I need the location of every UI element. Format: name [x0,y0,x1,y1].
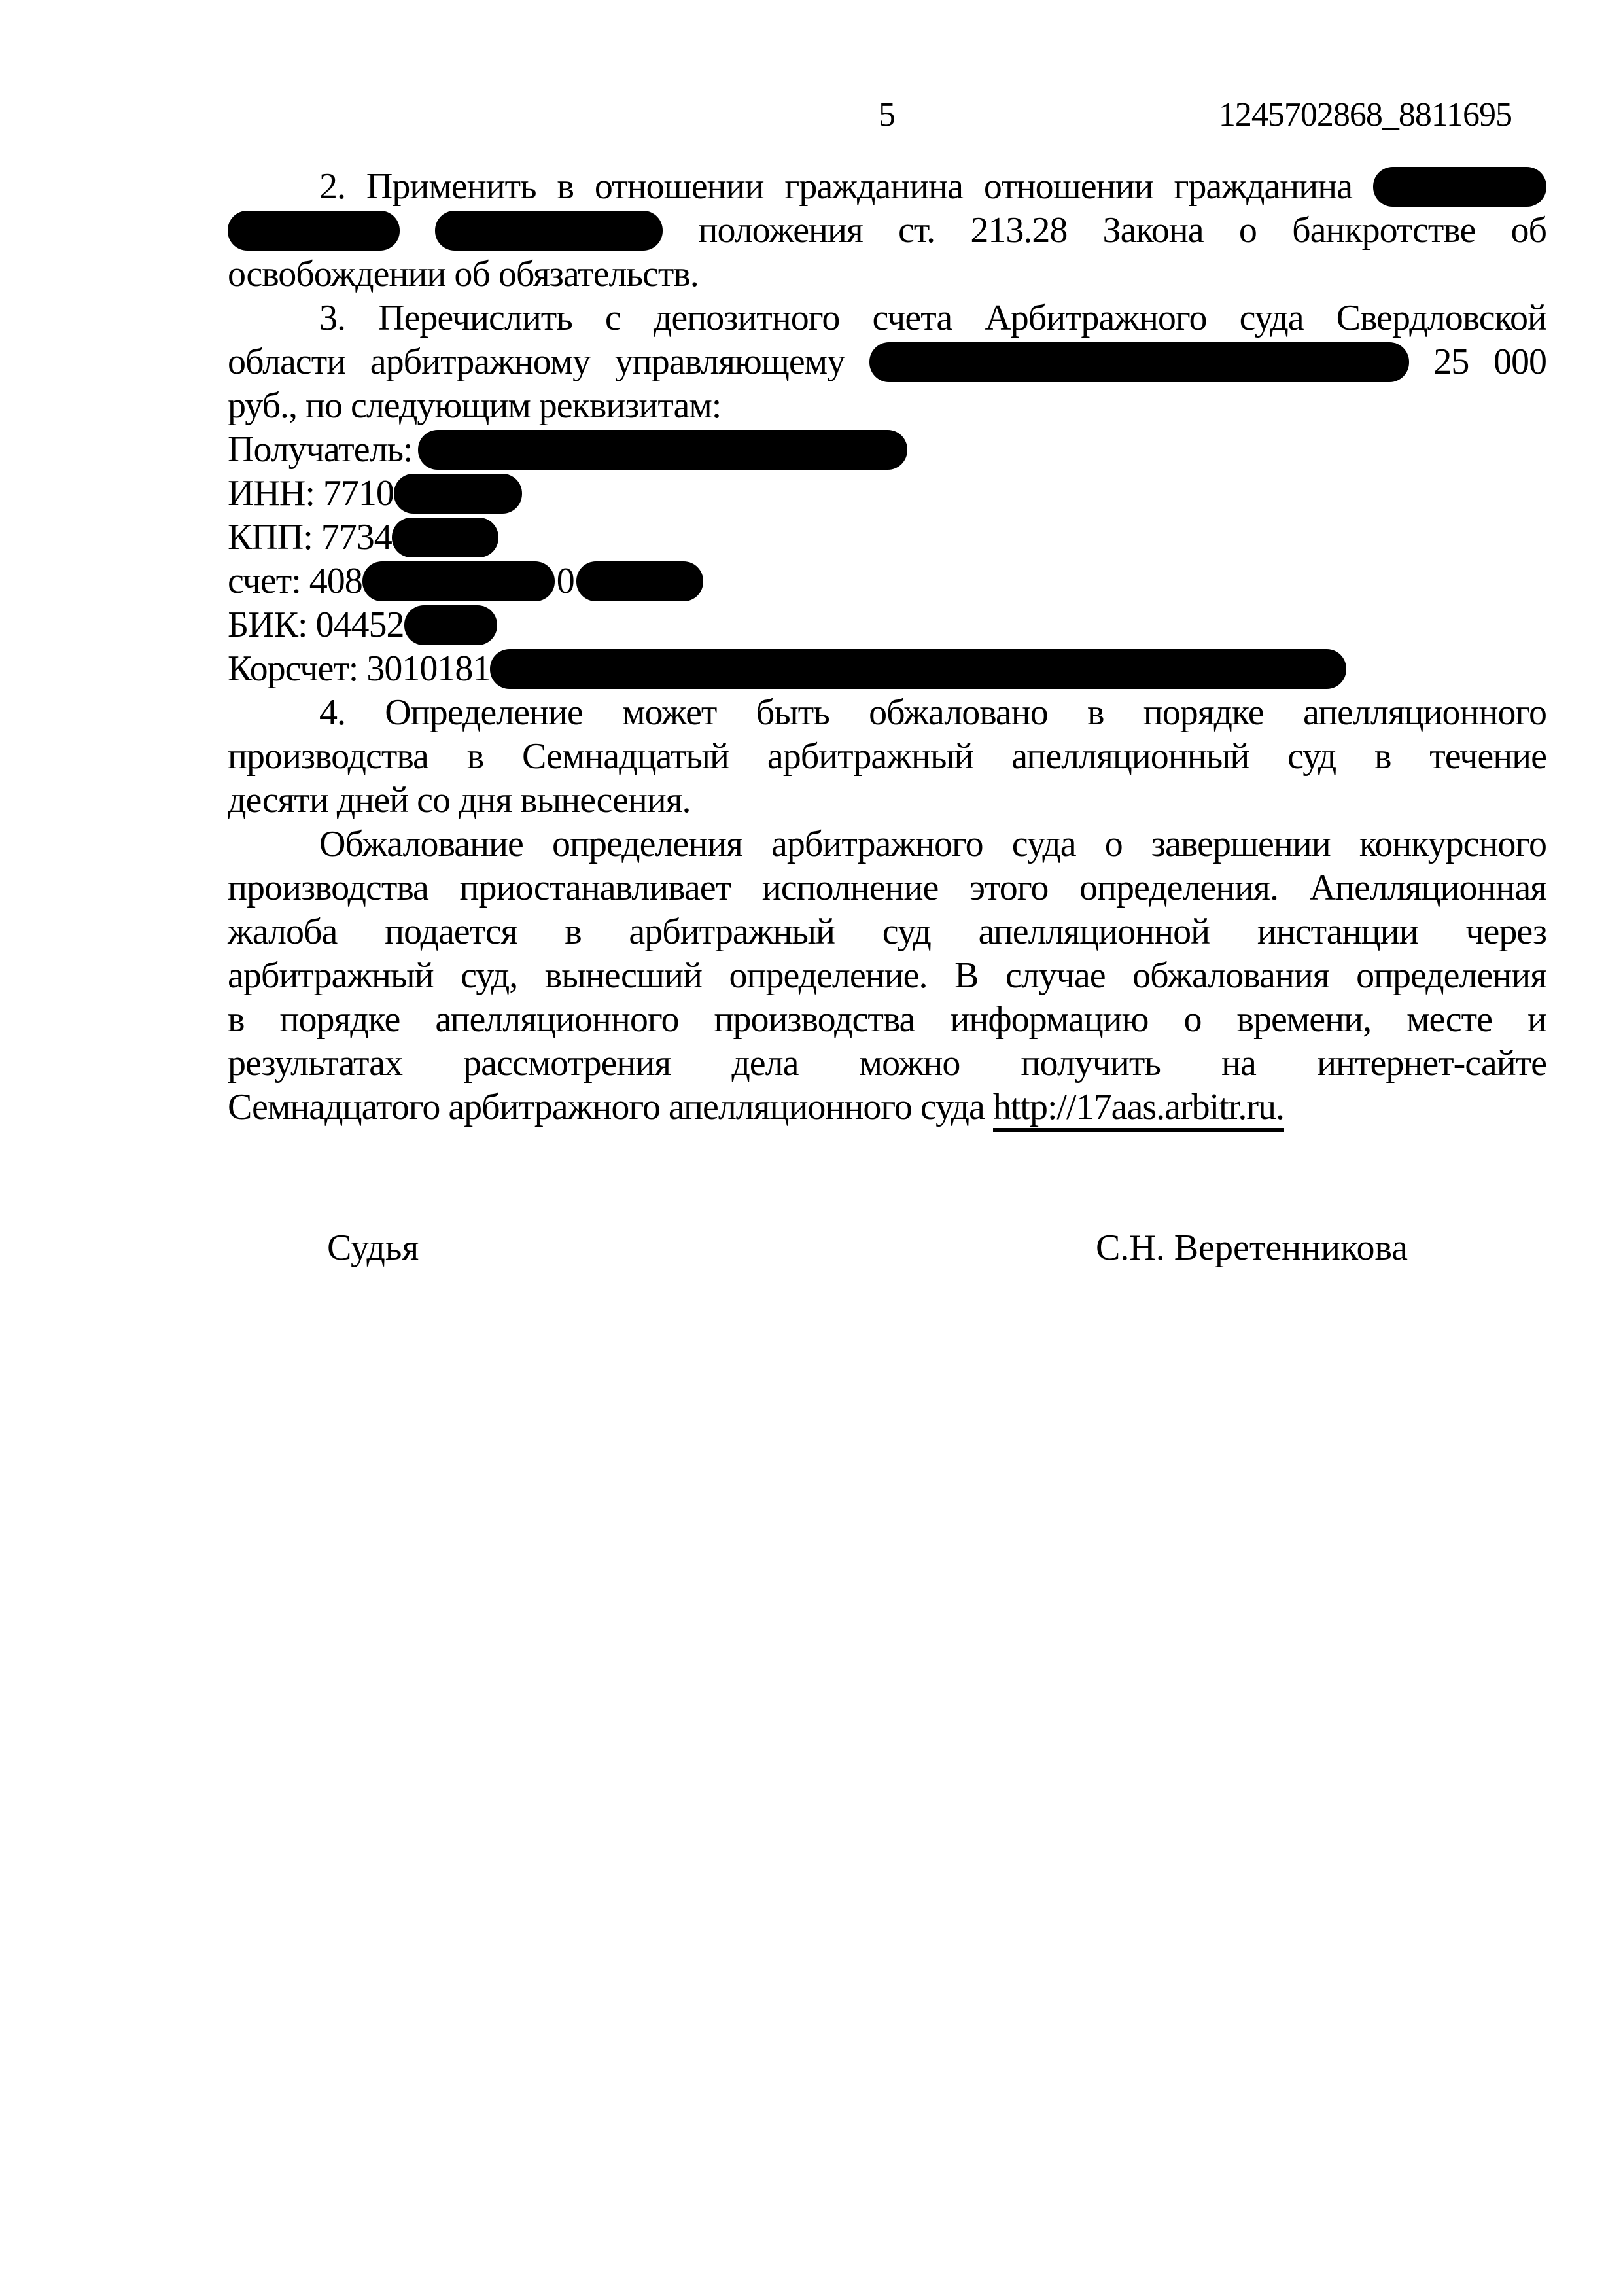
inn-value: ИНН: 7710 [228,473,394,514]
recipient-label: Получатель: [228,429,413,470]
paragraph-5-text: арбитражный суд, вынесший определение. В… [228,955,1546,996]
amount-text: 25 000 [1433,342,1546,382]
page-header: 5 1245702868_8811695 [228,93,1546,137]
paragraph-5-line-3: жалоба подается в арбитражный суд апелля… [228,910,1546,954]
paragraph-3-text: области арбитражному управляющему [228,342,845,382]
paragraph-2-line-2: положения ст. 213.28 Закона о банкротств… [228,209,1546,253]
paragraph-2-text: освобождении об обязательств. [228,254,699,294]
paragraph-3-line-1: 3. Перечислить с депозитного счета Арбит… [228,296,1546,340]
redaction-bar [869,342,1409,382]
paragraph-5-text: результатах рассмотрения дела можно полу… [228,1043,1546,1084]
bik-value: БИК: 04452 [228,605,404,645]
redaction-bar [404,605,497,645]
kpp-value: КПП: 7734 [228,517,392,557]
paragraph-2-text: 2. Применить в отношении гражданина отно… [319,166,1352,207]
redaction-bar [362,561,555,601]
paragraph-5-line-6: результатах рассмотрения дела можно полу… [228,1042,1546,1086]
document-body: 2. Применить в отношении гражданина отно… [228,165,1546,1129]
judge-role-label: Судья [327,1226,419,1270]
text-column: 5 1245702868_8811695 2. Применить в отно… [228,93,1546,1270]
redaction-bar [392,518,498,557]
paragraph-3-line-2: области арбитражному управляющему 25 000 [228,340,1546,384]
paragraph-5-text: Обжалование определения арбитражного суд… [319,824,1546,864]
paragraph-4-line-1: 4. Определение может быть обжаловано в п… [228,691,1546,735]
requisite-bik: БИК: 04452 [228,603,1546,647]
paragraph-4-text: производства в Семнадцатый арбитражный а… [228,736,1546,777]
signature-row: Судья С.Н. Веретенникова [228,1226,1546,1270]
paragraph-4-line-3: десяти дней со дня вынесения. [228,779,1546,822]
requisite-recipient: Получатель: [228,428,1546,472]
paragraph-5-line-1: Обжалование определения арбитражного суд… [228,822,1546,866]
paragraph-3-text: руб., по следующим реквизитам: [228,385,721,426]
requisite-corr-account: Корсчет: 3010181 [228,647,1546,691]
paragraph-4-line-2: производства в Семнадцатый арбитражный а… [228,735,1546,779]
requisite-account: счет: 4080 [228,559,1546,603]
redaction-bar [394,474,522,514]
redaction-bar [228,211,400,251]
paragraph-2-line-3: освобождении об обязательств. [228,253,1546,296]
paragraph-5-line-7: Семнадцатого арбитражного апелляционного… [228,1086,1546,1129]
paragraph-5-line-5: в порядке апелляционного производства ин… [228,998,1546,1042]
paragraph-3-line-3: руб., по следующим реквизитам: [228,384,1546,428]
paragraph-5-line-4: арбитражный суд, вынесший определение. В… [228,954,1546,998]
paragraph-4-text: 4. Определение может быть обжаловано в п… [319,692,1546,733]
document-id: 1245702868_8811695 [1219,93,1512,137]
redaction-bar [1373,167,1546,207]
judge-name: С.Н. Веретенникова [1096,1226,1408,1270]
corr-account-value: Корсчет: 3010181 [228,648,490,689]
paragraph-2-text: положения ст. 213.28 Закона о банкротств… [698,210,1546,251]
appeal-court-link[interactable]: http://17aas.arbitr.ru. [993,1087,1284,1132]
paragraph-5-line-2: производства приостанавливает исполнение… [228,866,1546,910]
paragraph-5-text: Семнадцатого арбитражного апелляционного… [228,1087,985,1127]
redaction-bar [435,211,663,251]
paragraph-4-text: десяти дней со дня вынесения. [228,780,691,821]
redaction-bar [490,649,1346,689]
document-page: 5 1245702868_8811695 2. Применить в отно… [0,0,1623,2296]
paragraph-2-line-1: 2. Применить в отношении гражданина отно… [228,165,1546,209]
paragraph-5-text: производства приостанавливает исполнение… [228,868,1546,908]
redaction-bar [576,561,703,601]
paragraph-3-text: 3. Перечислить с депозитного счета Арбит… [319,298,1546,338]
paragraph-5-text: в порядке апелляционного производства ин… [228,999,1546,1040]
requisite-kpp: КПП: 7734 [228,516,1546,559]
account-value: счет: 408 [228,561,362,601]
account-digit: 0 [557,561,574,601]
requisite-inn: ИНН: 7710 [228,472,1546,516]
redaction-bar [418,430,907,470]
paragraph-5-text: жалоба подается в арбитражный суд апелля… [228,911,1546,952]
